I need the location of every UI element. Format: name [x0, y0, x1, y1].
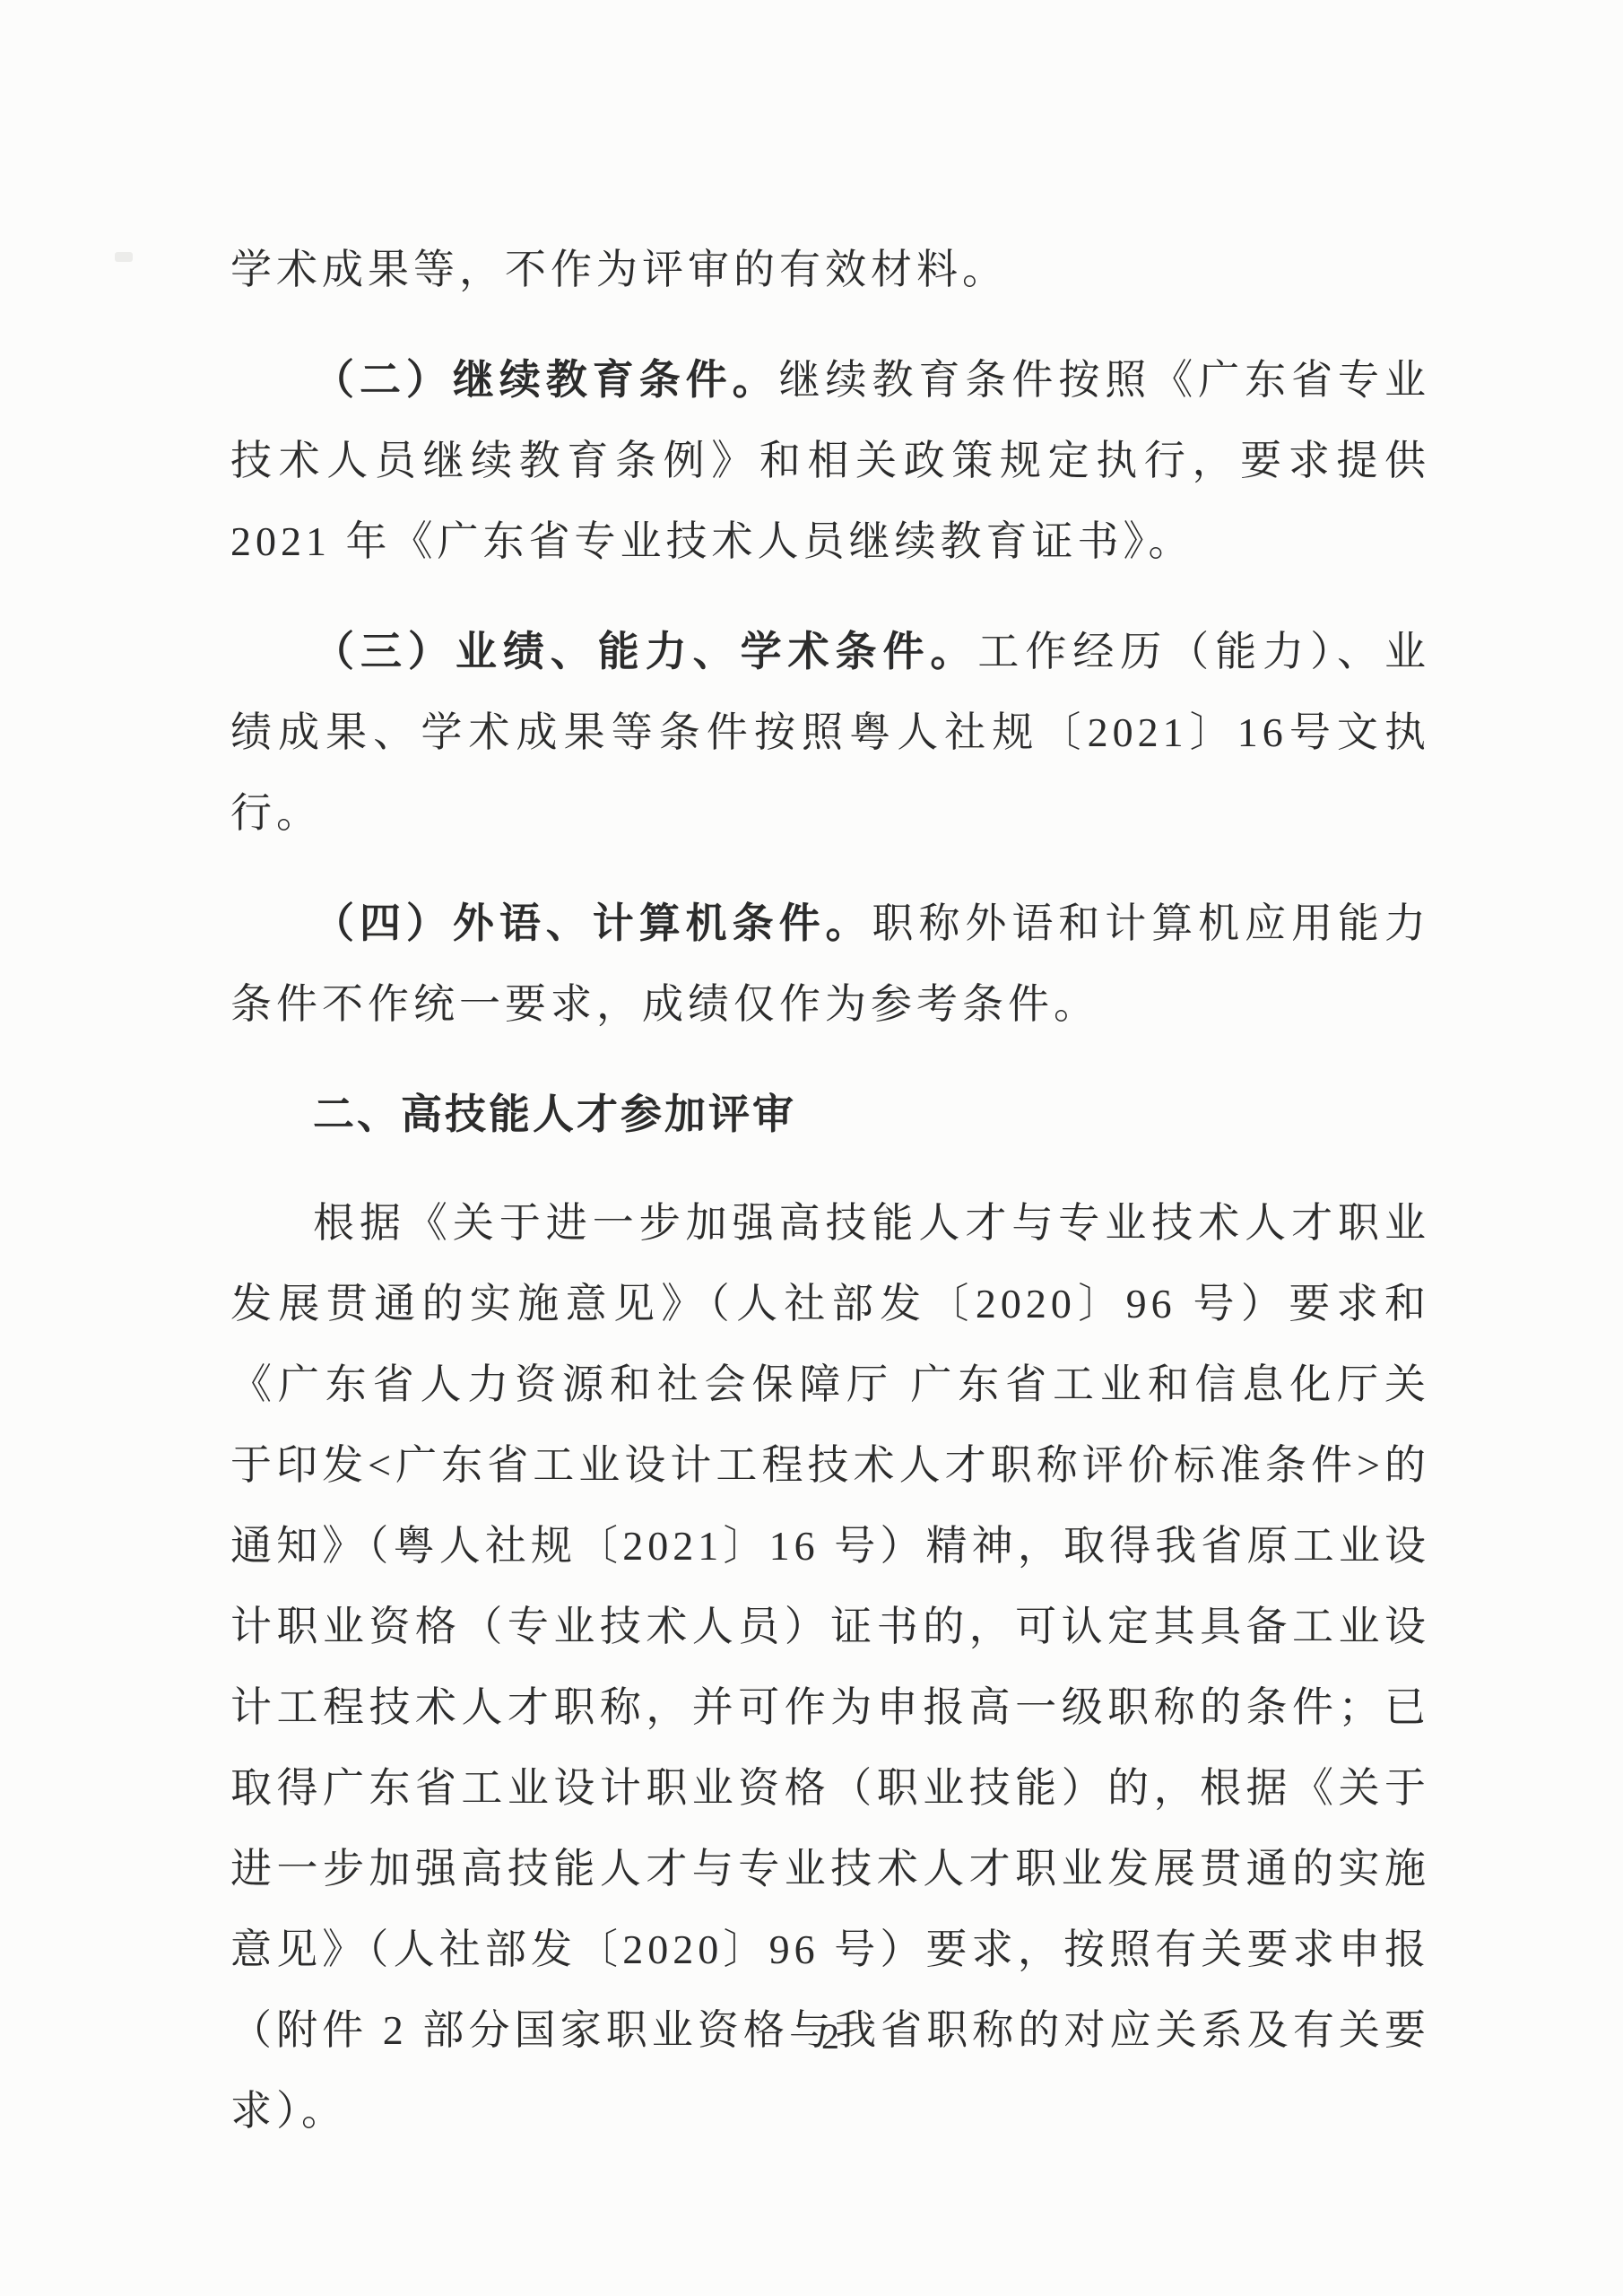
paragraph-item-two: （二）继续教育条件。继续教育条件按照《广东省专业技术人员继续教育条例》和相关政策…: [230, 339, 1430, 582]
paragraph-intro: 根据《关于进一步加强高技能人才与专业技术人才职业发展贯通的实施意见》（人社部发〔…: [230, 1183, 1430, 2152]
page-number: 2: [821, 2016, 839, 2057]
document-page: 学术成果等，不作为评审的有效材料。 （二）继续教育条件。继续教育条件按照《广东省…: [0, 0, 1623, 2296]
scan-artifact: [115, 252, 133, 262]
paragraph-lead: （二）继续教育条件。: [313, 356, 779, 403]
paragraph-lead: （四）外语、计算机条件。: [313, 900, 872, 946]
section-heading: 二、高技能人才参加评审: [230, 1074, 1430, 1154]
paragraph-text: 根据《关于进一步加强高技能人才与专业技术人才职业发展贯通的实施意见》（人社部发〔…: [230, 1200, 1430, 2134]
document-body: 学术成果等，不作为评审的有效材料。 （二）继续教育条件。继续教育条件按照《广东省…: [230, 230, 1430, 2180]
paragraph-lead: （三）业绩、能力、学术条件。: [313, 628, 977, 674]
paragraph-item-four: （四）外语、计算机条件。职称外语和计算机应用能力条件不作统一要求，成绩仅作为参考…: [230, 883, 1430, 1045]
page-footer: 2: [230, 2016, 1430, 2057]
paragraph-continuation: 学术成果等，不作为评审的有效材料。: [230, 230, 1430, 310]
paragraph-text: 学术成果等，不作为评审的有效材料。: [230, 247, 1008, 292]
paragraph-item-three: （三）业绩、能力、学术条件。工作经历（能力）、业绩成果、学术成果等条件按照粤人社…: [230, 611, 1430, 854]
